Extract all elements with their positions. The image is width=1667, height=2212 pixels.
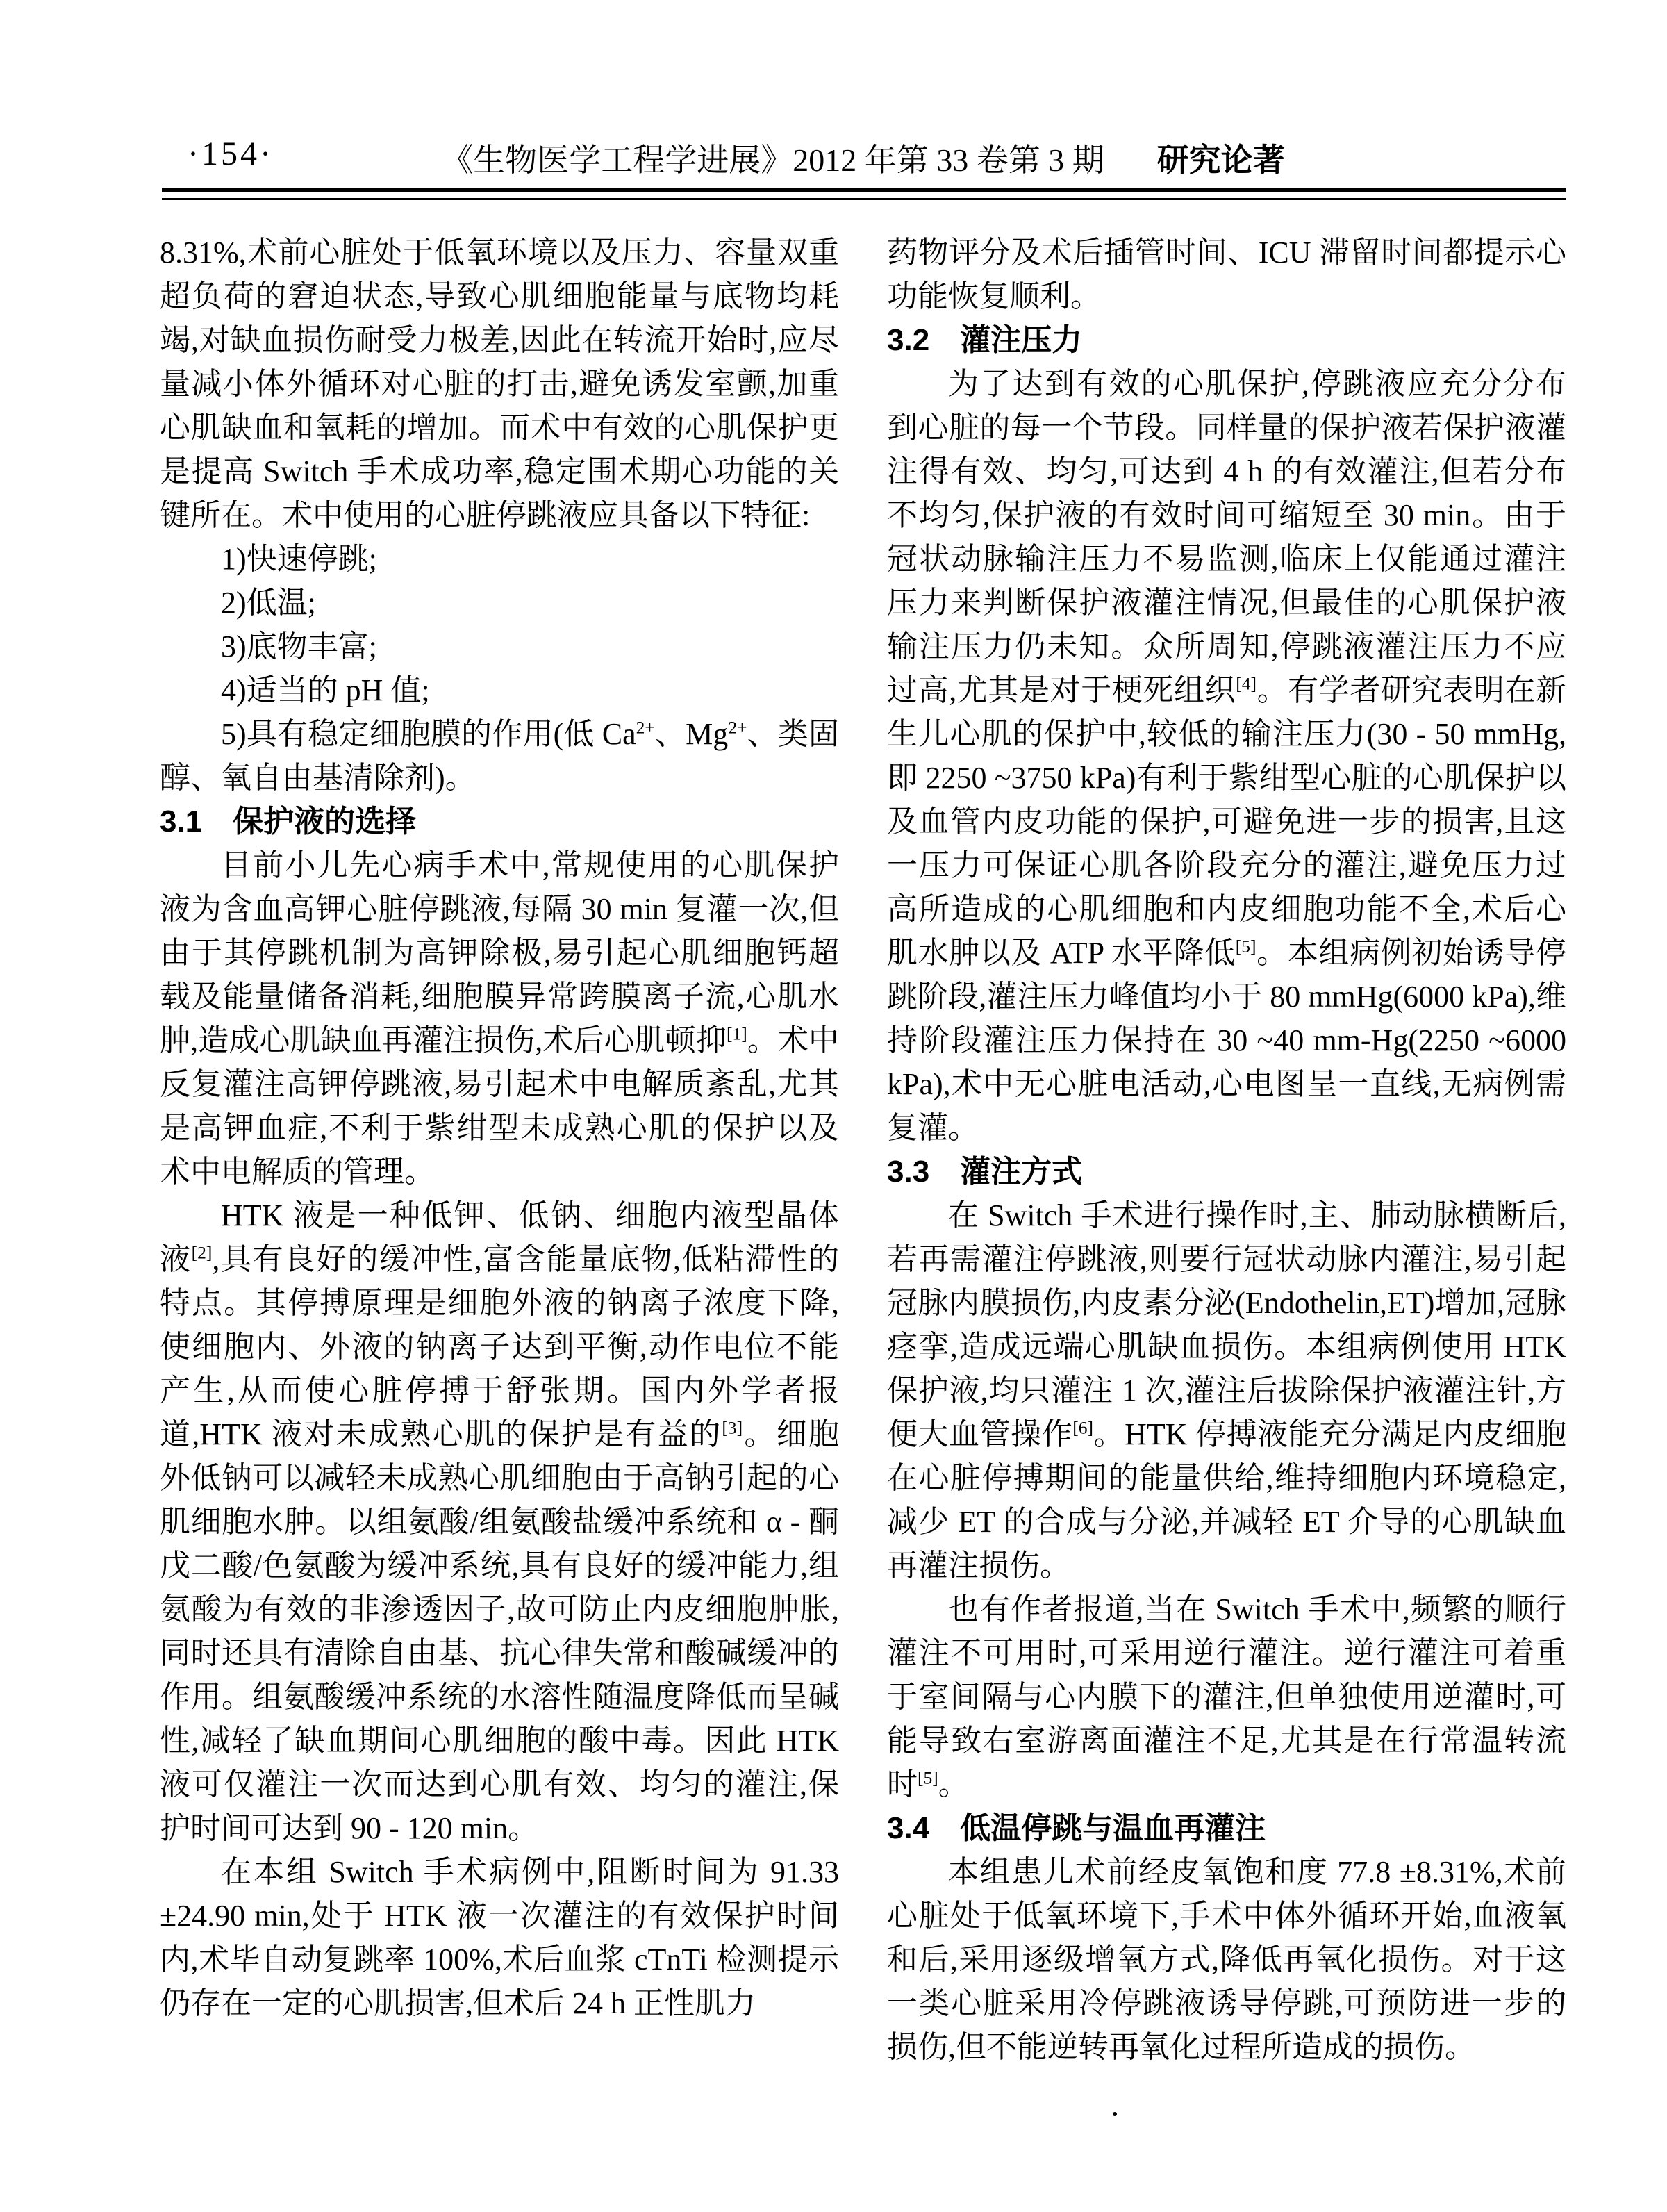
paragraph: 3)底物丰富; (160, 625, 839, 668)
article-body: 8.31%,术前心脏处于低氧环境以及压力、容量双重超负荷的窘迫状态,导致心肌细胞… (160, 231, 1566, 2069)
paragraph: 也有作者报道,当在 Switch 手术中,频繁的顺行灌注不可用时,可采用逆行灌注… (887, 1587, 1566, 1806)
paragraph: 目前小儿先心病手术中,常规使用的心肌保护液为含血高钾心脏停跳液,每隔 30 mi… (160, 843, 839, 1194)
right-column: 药物评分及术后插管时间、ICU 滞留时间都提示心功能恢复顺利。3.2灌注压力为了… (887, 231, 1566, 2069)
section-number: 3.4 (887, 1811, 929, 1845)
superscript-reference: [5] (1236, 936, 1257, 956)
journal-issue-info: 《生物医学工程学进展》2012 年第 33 卷第 3 期 (441, 142, 1104, 178)
section-title: 灌注压力 (960, 323, 1082, 357)
article-type-label: 研究论著 (1157, 142, 1285, 178)
superscript-reference: [4] (1236, 673, 1257, 693)
paragraph: 8.31%,术前心脏处于低氧环境以及压力、容量双重超负荷的窘迫状态,导致心肌细胞… (160, 231, 839, 537)
running-head: 《生物医学工程学进展》2012 年第 33 卷第 3 期 研究论著 (160, 135, 1566, 181)
paragraph: HTK 液是一种低钾、低钠、细胞内液型晶体液[2],具有良好的缓冲性,富含能量底… (160, 1194, 839, 1850)
paragraph: 药物评分及术后插管时间、ICU 滞留时间都提示心功能恢复顺利。 (887, 231, 1566, 318)
superscript-reference: [3] (722, 1417, 743, 1437)
section-number: 3.3 (887, 1155, 929, 1189)
superscript-reference: [6] (1072, 1417, 1093, 1437)
paragraph: 为了达到有效的心肌保护,停跳液应充分分布到心脏的每一个节段。同样量的保护液若保护… (887, 362, 1566, 1150)
section-number: 3.1 (160, 804, 202, 839)
section-heading: 3.1保护液的选择 (160, 800, 839, 843)
print-artifact-dot (1113, 2112, 1117, 2116)
superscript-reference: 2+ (728, 717, 747, 737)
superscript-reference: [5] (918, 1767, 938, 1788)
page-header: ·154· 《生物医学工程学进展》2012 年第 33 卷第 3 期 研究论著 (160, 129, 1566, 174)
superscript-reference: [2] (192, 1242, 213, 1262)
section-title: 低温停跳与温血再灌注 (960, 1811, 1266, 1845)
paragraph: 1)快速停跳; (160, 537, 839, 581)
paragraph: 本组患儿术前经皮氧饱和度 77.8 ±8.31%,术前心脏处于低氧环境下,手术中… (887, 1850, 1566, 2069)
section-heading: 3.4低温停跳与温血再灌注 (887, 1806, 1566, 1850)
superscript-reference: 2+ (636, 717, 655, 737)
paragraph: 2)低温; (160, 581, 839, 625)
journal-page: ·154· 《生物医学工程学进展》2012 年第 33 卷第 3 期 研究论著 … (0, 0, 1667, 2212)
superscript-reference: [1] (727, 1023, 747, 1043)
section-number: 3.2 (887, 323, 929, 357)
paragraph: 5)具有稳定细胞膜的作用(低 Ca2+、Mg2+、类固醇、氧自由基清除剂)。 (160, 712, 839, 800)
section-title: 保护液的选择 (233, 804, 416, 839)
section-heading: 3.2灌注压力 (887, 318, 1566, 362)
header-double-rule (162, 188, 1566, 200)
section-title: 灌注方式 (960, 1155, 1082, 1189)
paragraph: 在本组 Switch 手术病例中,阻断时间为 91.33 ±24.90 min,… (160, 1850, 839, 2025)
left-column: 8.31%,术前心脏处于低氧环境以及压力、容量双重超负荷的窘迫状态,导致心肌细胞… (160, 231, 839, 2069)
section-heading: 3.3灌注方式 (887, 1150, 1566, 1194)
paragraph: 在 Switch 手术进行操作时,主、肺动脉横断后,若再需灌注停跳液,则要行冠状… (887, 1194, 1566, 1587)
paragraph: 4)适当的 pH 值; (160, 668, 839, 712)
